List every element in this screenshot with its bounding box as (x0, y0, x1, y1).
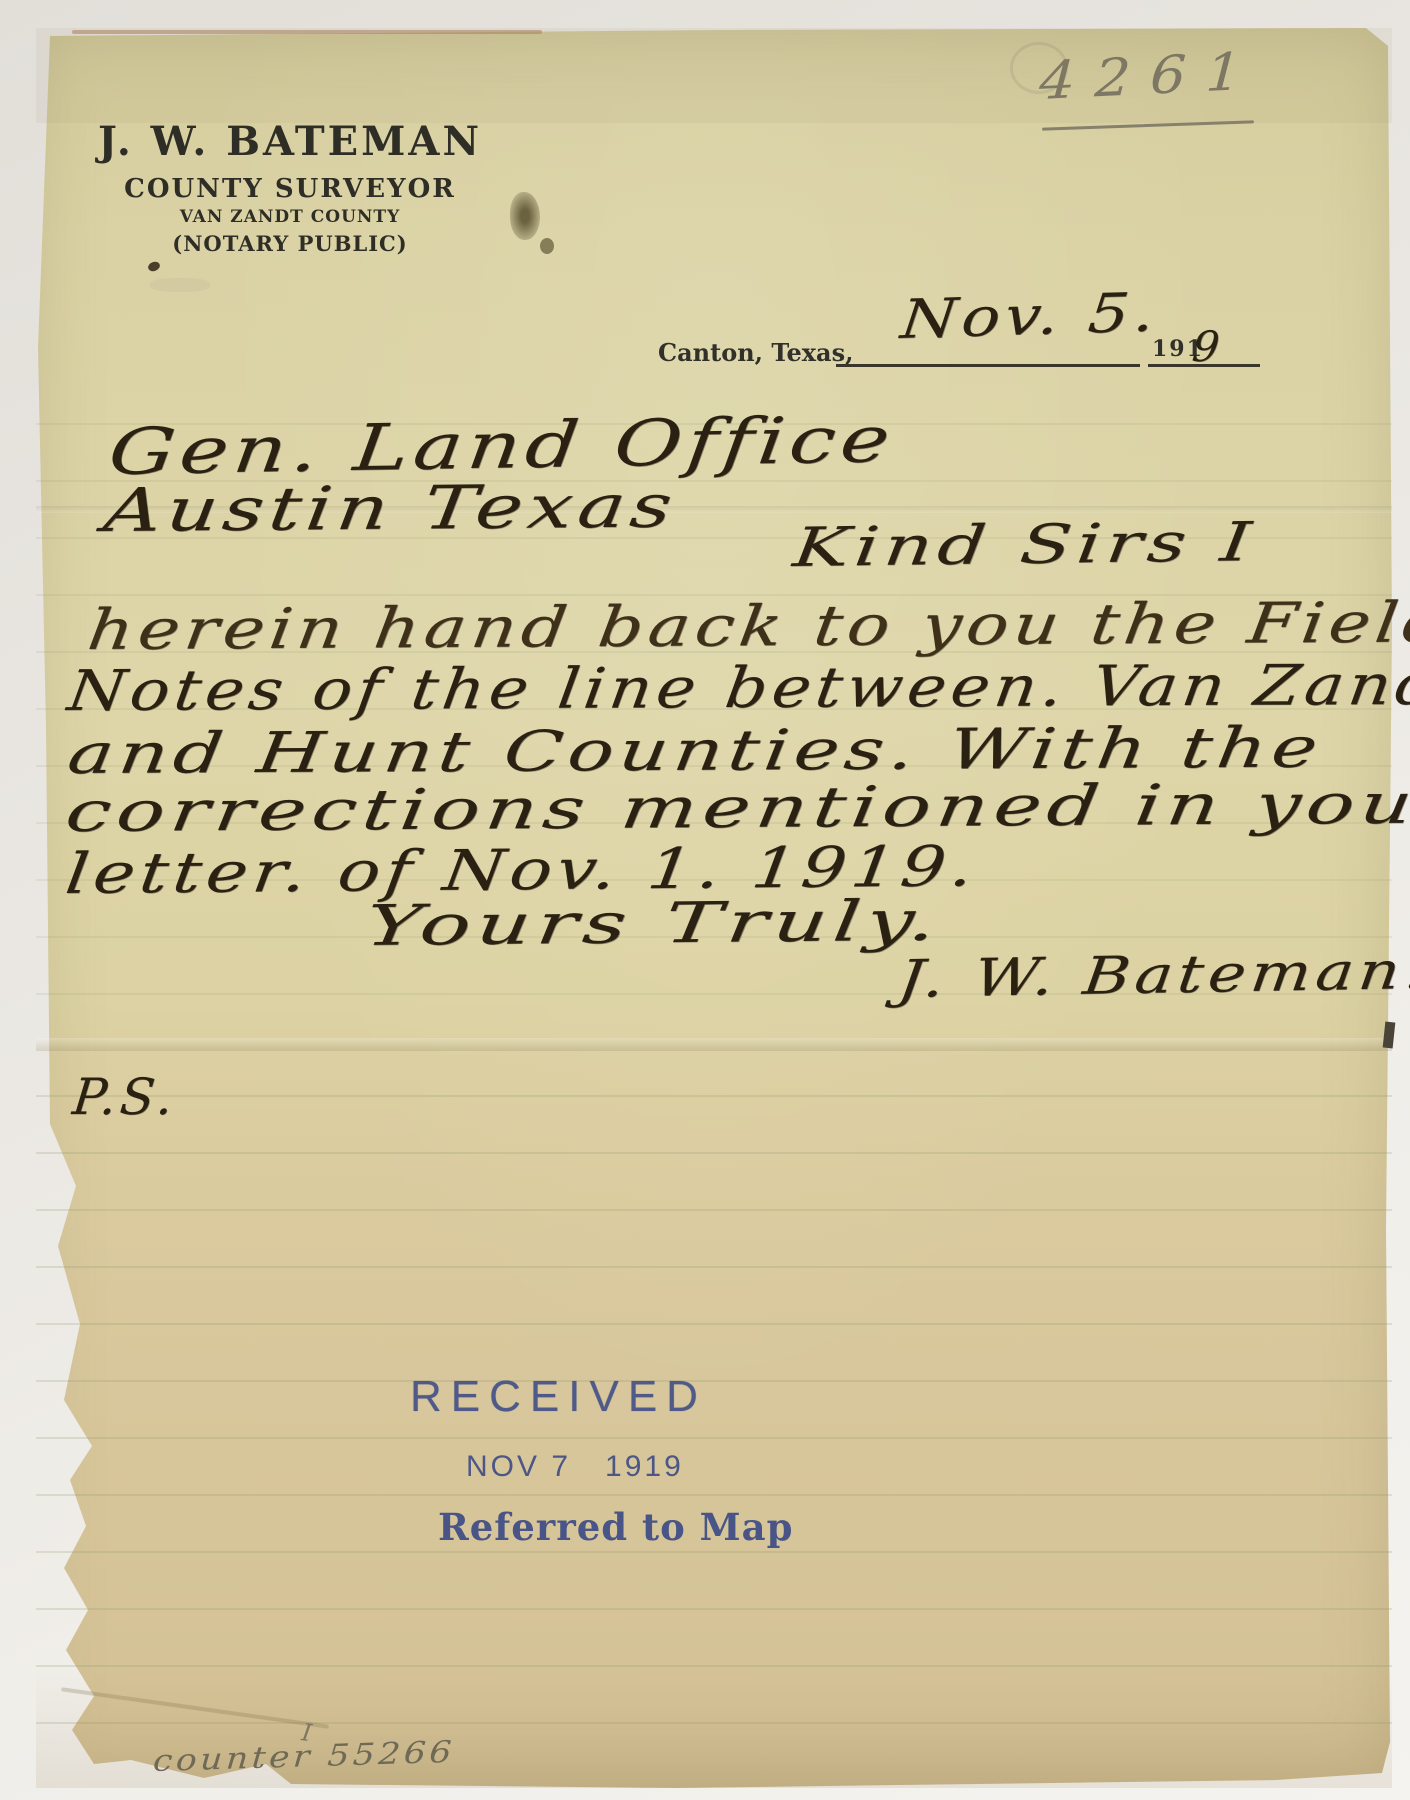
paper-stain-small (540, 238, 554, 254)
closing: Yours Truly. (362, 889, 945, 959)
pencil-catalog-number: 4261 (1038, 41, 1262, 112)
body-line: corrections mentioned in your (62, 771, 1410, 845)
scan-background: J. W. BATEMAN COUNTY SURVEYOR VAN ZANDT … (0, 0, 1410, 1800)
letterhead-block: J. W. BATEMAN COUNTY SURVEYOR VAN ZANDT … (90, 118, 490, 256)
received-stamp-date: NOV 7 1919 (466, 1450, 684, 1484)
paper-abrasion (150, 278, 210, 292)
handwritten-date: Nov. 5. (898, 280, 1162, 351)
right-edge-mark (1383, 1022, 1396, 1049)
salutation: Kind Sirs I (790, 510, 1260, 579)
received-stamp-title: RECEIVED (410, 1372, 707, 1422)
postscript: P.S. (70, 1068, 180, 1126)
dateline-place: Canton, Texas, (658, 338, 853, 367)
dateline-rule (836, 364, 1140, 367)
body-line: Notes of the line between. Van Zandt (64, 653, 1410, 724)
letterhead-title: COUNTY SURVEYOR (90, 174, 490, 204)
body-line: herein hand back to you the Field (84, 590, 1410, 663)
letterhead-notary: (NOTARY PUBLIC) (90, 231, 490, 256)
received-stamp-note: Referred to Map (438, 1505, 793, 1549)
recipient-line-2: Austin Texas (100, 471, 681, 546)
letterhead-county: VAN ZANDT COUNTY (90, 207, 490, 227)
handwritten-year-digit: 9 (1190, 322, 1226, 371)
paper-stain (510, 192, 540, 240)
paper-top-edge (72, 30, 542, 34)
letterhead-name: J. W. BATEMAN (90, 118, 490, 165)
signature: J. W. Bateman. (895, 941, 1410, 1010)
